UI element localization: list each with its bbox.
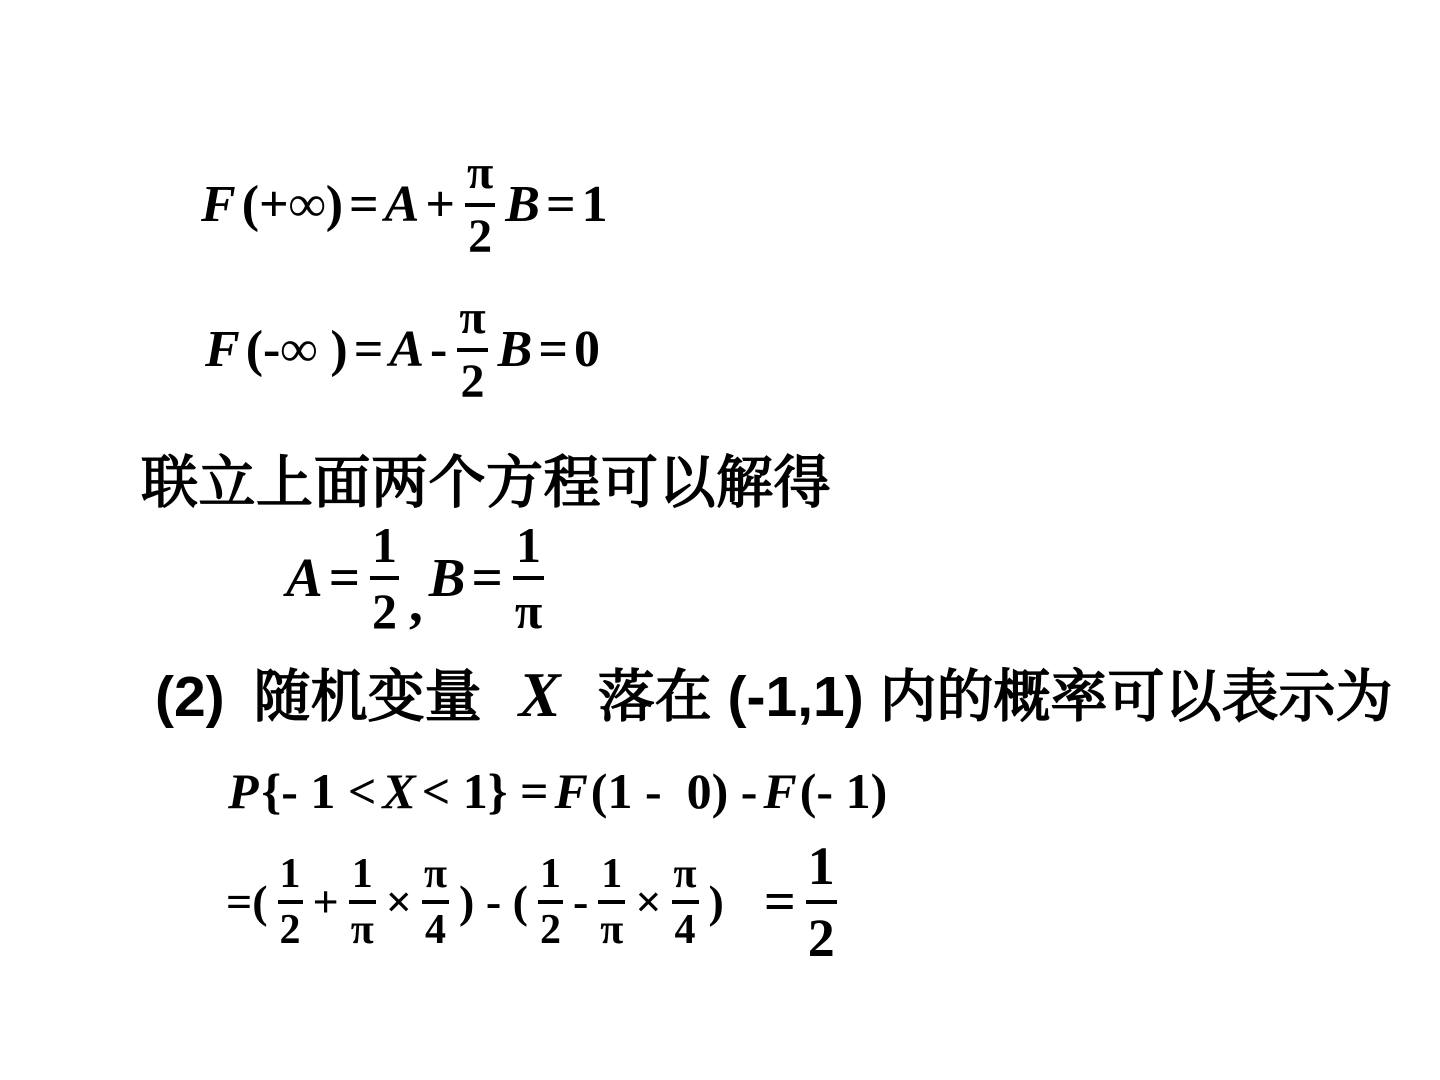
fraction-numerator: 1 xyxy=(805,839,838,893)
var-A: A xyxy=(385,178,420,233)
plus-operator: + xyxy=(425,178,455,233)
var-A: A xyxy=(389,323,424,378)
var-F: F xyxy=(763,765,796,818)
text-falls-in-interval: 落在 (-1,1) 内的概率可以表示为 xyxy=(598,668,1393,728)
fraction-bar xyxy=(422,900,449,903)
var-X: X xyxy=(519,662,561,728)
fraction-bar xyxy=(598,900,625,903)
var-F: F xyxy=(205,323,240,378)
fraction-denominator: 2 xyxy=(277,909,304,951)
slide: F (+∞) = A + π 2 B = 1 F (-∞ ) = A - π 2… xyxy=(0,0,1440,1080)
fraction-denominator: 2 xyxy=(465,213,495,261)
var-A: A xyxy=(286,549,323,607)
fraction-numerator: π xyxy=(671,853,700,895)
fraction-bar xyxy=(370,576,399,580)
equals-sign: = xyxy=(354,323,384,378)
fraction-denominator: 2 xyxy=(537,909,564,951)
interval-left: {- 1 < xyxy=(262,765,377,818)
fraction-denominator: 2 xyxy=(369,586,400,636)
var-B: B xyxy=(429,549,466,607)
equation-f-plus-infinity: F (+∞) = A + π 2 B = 1 xyxy=(198,142,611,268)
var-P: P xyxy=(228,765,259,818)
fraction-1-over-pi: 1 π xyxy=(512,520,545,637)
fraction-numerator: π xyxy=(464,149,496,197)
fraction-pi-over-4: π 4 xyxy=(421,853,450,951)
fraction-bar xyxy=(278,900,303,903)
interval-right: < 1} = xyxy=(422,765,549,818)
fraction-numerator: 1 xyxy=(277,853,304,895)
fraction-denominator: π xyxy=(348,909,377,951)
value-zero: 0 xyxy=(574,323,600,378)
fraction-denominator: 4 xyxy=(672,909,699,951)
equation-calculation: =( 1 2 + 1 π × π 4 ) - ( 1 2 - 1 π xyxy=(223,836,844,968)
fraction-denominator: 4 xyxy=(422,909,449,951)
fraction-bar xyxy=(465,203,495,207)
var-B: B xyxy=(498,323,533,378)
fraction-denominator: 2 xyxy=(805,911,838,965)
equals-sign: = xyxy=(764,873,796,932)
times-operator: × xyxy=(386,878,412,926)
argument-minus-infinity: (-∞ ) xyxy=(246,323,348,378)
equation-probability: P {- 1 < X < 1} = F (1 - 0) - F (- 1) xyxy=(225,765,890,818)
fraction-pi-over-4: π 4 xyxy=(671,853,700,951)
final-result: = 1 2 xyxy=(761,839,844,965)
fraction-bar xyxy=(457,348,487,352)
close-minus-open-paren: ) - ( xyxy=(459,878,528,926)
minus-operator: - xyxy=(573,878,588,926)
fraction-numerator: π xyxy=(421,853,450,895)
argument-plus-infinity: (+∞) xyxy=(242,178,343,233)
fraction-numerator: 1 xyxy=(537,853,564,895)
equation-f-minus-infinity: F (-∞ ) = A - π 2 B = 0 xyxy=(202,290,603,410)
equals-sign: = xyxy=(349,178,379,233)
fraction-1-over-pi: 1 π xyxy=(348,853,377,951)
fraction-numerator: π xyxy=(456,294,488,342)
equals-sign: = xyxy=(329,549,360,607)
fraction-numerator: 1 xyxy=(369,520,400,570)
fraction-1-over-2: 1 2 xyxy=(369,520,400,637)
var-F: F xyxy=(201,178,236,233)
fraction-1-over-2: 1 2 xyxy=(277,853,304,951)
text-solve-statement: 联立上面两个方程可以解得 xyxy=(141,437,831,519)
fraction-bar xyxy=(806,900,837,904)
var-X: X xyxy=(382,765,415,818)
fraction-bar xyxy=(672,900,699,903)
var-F: F xyxy=(554,765,587,818)
argument-one-minus-zero: (1 - 0) - xyxy=(591,765,758,818)
fraction-bar xyxy=(349,900,376,903)
fraction-1-over-pi: 1 π xyxy=(597,853,626,951)
comma-separator: , xyxy=(409,574,423,632)
equals-open-paren: =( xyxy=(226,878,268,926)
equals-sign: = xyxy=(538,323,568,378)
text-random-variable: 随机变量 xyxy=(254,668,482,728)
argument-minus-one: (- 1) xyxy=(800,765,887,818)
fraction-numerator: 1 xyxy=(513,520,544,570)
var-B: B xyxy=(505,178,540,233)
fraction-1-over-2: 1 2 xyxy=(537,853,564,951)
value-one: 1 xyxy=(582,178,608,233)
fraction-denominator: 2 xyxy=(458,358,488,406)
statement-part2: (2) 随机变量 X 落在 (-1,1) 内的概率可以表示为 xyxy=(152,662,1396,728)
fraction-denominator: π xyxy=(597,909,626,951)
close-paren: ) xyxy=(709,878,724,926)
fraction-bar xyxy=(538,900,563,903)
fraction-1-over-2-result: 1 2 xyxy=(805,839,838,965)
fraction-numerator: 1 xyxy=(349,853,376,895)
equals-sign: = xyxy=(471,549,502,607)
equation-a-b-solution: A = 1 2 , B = 1 π xyxy=(283,514,551,642)
fraction-denominator: π xyxy=(512,586,545,636)
fraction-pi-over-2: π 2 xyxy=(464,149,496,261)
times-operator: × xyxy=(635,878,661,926)
item-label: (2) xyxy=(155,668,225,728)
fraction-bar xyxy=(513,576,544,580)
equals-sign: = xyxy=(546,178,576,233)
plus-operator: + xyxy=(313,878,339,926)
fraction-numerator: 1 xyxy=(598,853,625,895)
minus-operator: - xyxy=(430,323,447,378)
fraction-pi-over-2: π 2 xyxy=(456,294,488,406)
